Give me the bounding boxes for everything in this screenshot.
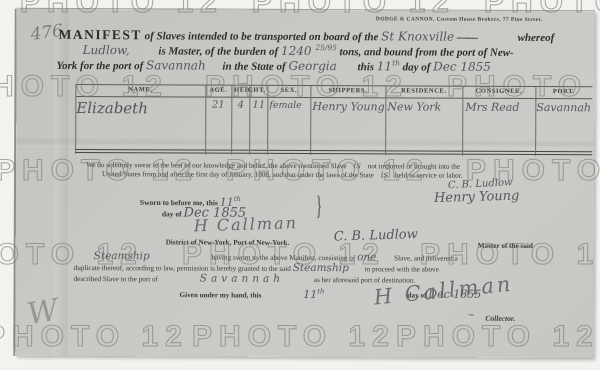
table-bottom-rule-2 [75,152,592,155]
title-line3-a: York for the port of [56,60,143,72]
district-master-signature: C. B. Ludlow [334,227,418,245]
table-column-line [310,85,311,155]
collector-label: Collector. [485,314,515,323]
given-day-handwritten: 11th [303,288,324,301]
table-column-line [462,86,463,156]
handwritten-vessel-name: St Knoxville [381,29,454,43]
day-suffix: th [392,58,400,67]
table-column-line [535,86,536,156]
table-column-line [75,84,76,154]
column-header-height: HEIGHT. [231,87,268,94]
column-header-consignee: CONSIGNEE. [462,88,535,95]
handwritten-destination-port: Savannah [146,58,206,72]
district-master-label: Master of the said [478,242,533,250]
title-line2-tail: tons, and bound from the port of New- [340,46,514,59]
title-line3-b: in the State of [222,61,285,73]
row-name: Elizabeth [76,99,202,118]
row-sex: female [269,100,309,111]
table-column-line [249,85,250,155]
oath-line-2: United States from and after the first d… [102,169,463,181]
row-shipper: Henry Young [312,100,384,113]
row-height-ft: 4 [232,100,249,111]
given-under-hand-line: Given under my hand, this 11th [179,286,324,300]
title-line1-text: of Slaves intended to be transported on … [145,30,379,43]
manifest-paper: DODGE & CANNON, Custom House Brokers, 77… [15,9,595,359]
column-header-port: PORT. [535,88,592,95]
sworn-brace: } [316,189,322,223]
row-age: 21 [206,100,230,111]
shipper-signature: Henry Young [434,188,520,206]
table-column-line [205,85,206,155]
title-line2-text: is Master, of the burden of [158,45,278,58]
handwritten-state: Georgia [288,59,336,73]
given-day: 11 [303,288,317,301]
handwritten-port-of-destination: Savannah [200,273,284,285]
title-line3-c: this [358,61,375,73]
column-header-residence: RESIDENCE. [385,87,462,94]
handwritten-tonnage: 1240 25/95 [281,44,337,58]
tons-fraction: 25/95 [315,43,336,52]
handwritten-date: Dec 1855 [433,60,491,74]
row-height-in: 11 [250,100,267,111]
district-line4-text: described Slave to the port of [74,275,158,283]
blank-dash: —— [457,32,477,44]
sworn-day-suffix: th [234,195,241,203]
table-column-line [267,85,268,155]
title-whereof: whereof [518,32,555,44]
column-header-sex: SEX. [267,87,310,94]
oath-line2-text: United States from and after the first d… [102,170,374,179]
oath-line2-tail: held to service or labor. [395,171,463,179]
row-consignee: Mrs Read [465,101,533,114]
manifest-word: MANIFEST [59,27,142,42]
day-value: 11 [377,59,392,73]
handwritten-day: 11th [377,59,400,73]
pencil-notation-bottom: W [25,292,61,332]
collector-flourish: ~ [467,311,475,321]
row-residence: New York [387,100,459,113]
table-column-line [231,85,232,155]
district-heading: District of New-York, Port of New-York. [166,238,290,247]
district-line-4: described Slave to the port of Savannah … [74,272,416,285]
broker-stamp: DODGE & CANNON, Custom House Brokers, 77… [376,16,543,23]
column-header-shippers: SHIPPERS. [310,87,385,94]
district-line2-tail: Slave, and delivered a [394,254,458,262]
given-day-suffix: th [317,287,324,295]
sworn-day-of: day of [162,209,182,218]
scanned-document-canvas: DODGE & CANNON, Custom House Brokers, 77… [0,0,600,370]
column-header-age: AGE. [205,87,231,94]
given-text: Given under my hand, this [179,291,261,299]
paper-crease-horizontal [16,137,594,150]
tons-value: 1240 [281,44,312,58]
table-column-line [385,85,386,155]
oath-blank-2: is [376,170,394,180]
handwritten-master-name: Ludlow, [83,43,130,57]
title-line3-d: day of [403,61,431,73]
manifest-title-line-3: York for the port of Savannah in the Sta… [56,57,491,74]
column-header-name: NAME. [75,86,205,94]
row-port: Savannah [536,101,594,114]
notary-signature: H Callman [194,213,299,235]
